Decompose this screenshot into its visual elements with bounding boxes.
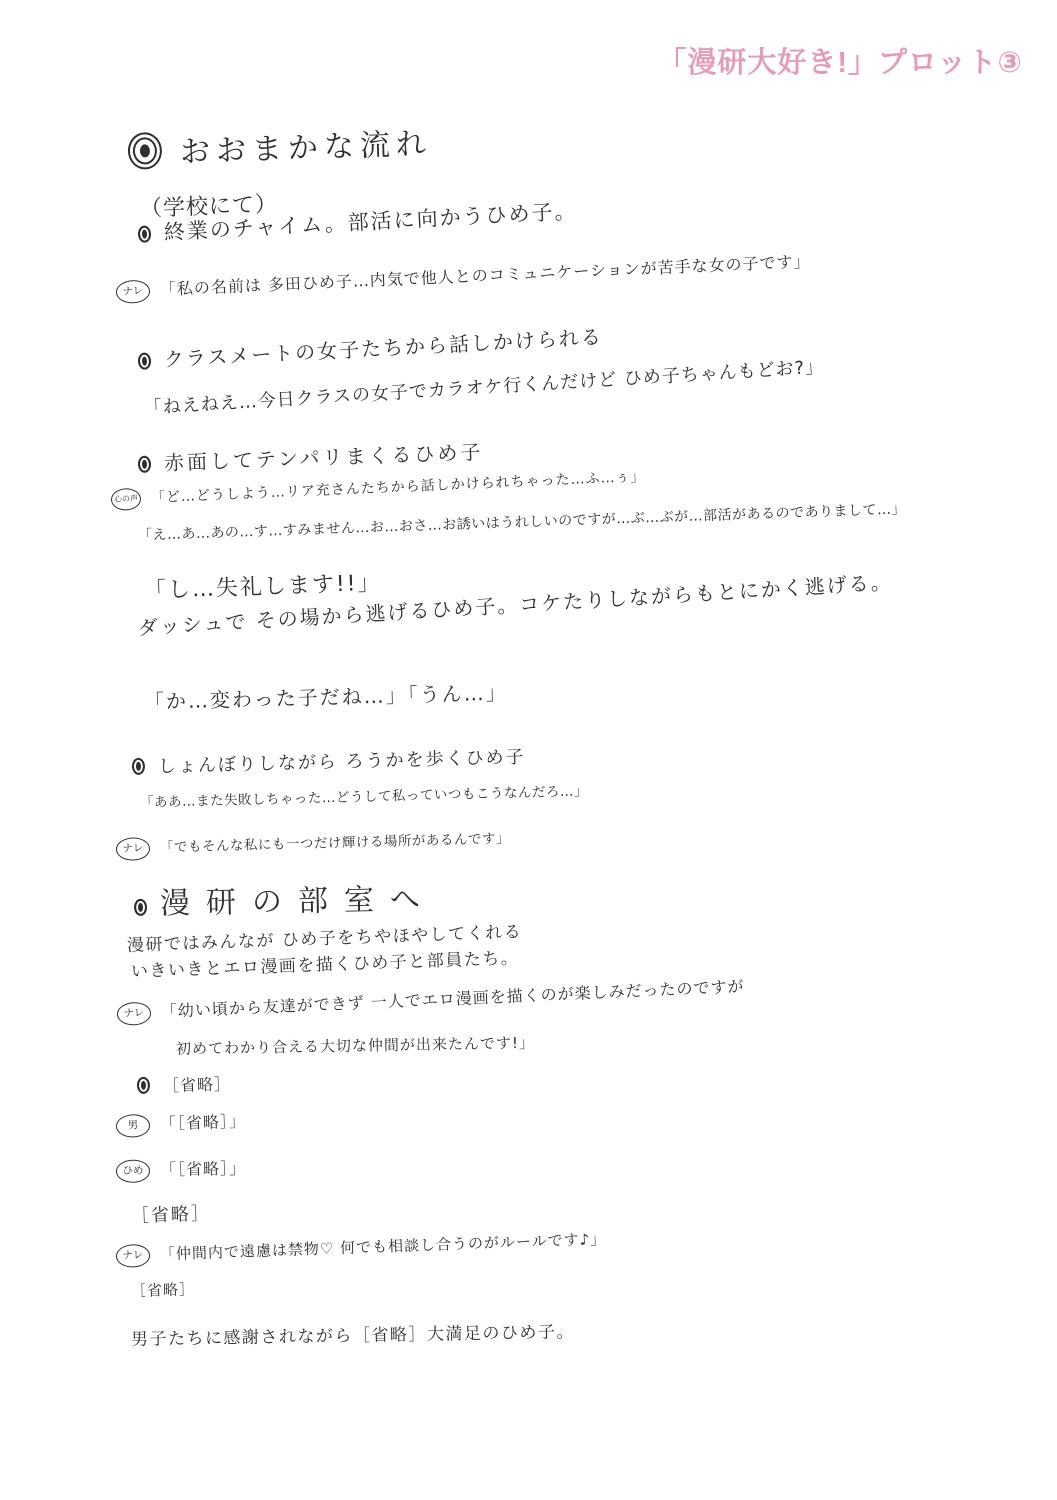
speaker-circle-label: ひめ bbox=[116, 1159, 150, 1182]
script-lines: おおまかな流れ（学校にて）終業のチャイム。部活に向かうひめ子。ナレ「私の名前は … bbox=[0, 0, 1057, 1500]
line-text: ［省略］ bbox=[131, 1280, 195, 1300]
script-line: 男「［省略］」 bbox=[116, 1110, 247, 1137]
line-text: ［省略］ bbox=[131, 1203, 212, 1228]
script-line: 「し…失礼します!!」 bbox=[144, 570, 382, 606]
line-text: ［省略］ bbox=[163, 1075, 232, 1097]
speaker-circle-label: ナレ bbox=[116, 280, 151, 304]
speaker-circle-label: 心の声 bbox=[111, 488, 142, 511]
line-text: 「［省略］」 bbox=[160, 1111, 247, 1134]
script-line: 男子たちに感謝されながら［省略］大満足のひめ子。 bbox=[131, 1322, 575, 1351]
speaker-circle-label: ナレ bbox=[116, 1244, 151, 1268]
script-line: ナレ「私の名前は 多田ひめ子…内気で他人とのコミュニケーションが苦手な女の子です… bbox=[116, 251, 811, 304]
line-text: 初めてわかり合える大切な仲間が出来たんです!」 bbox=[176, 1034, 535, 1059]
bullet-icon bbox=[138, 456, 152, 473]
bullet-icon bbox=[132, 758, 145, 775]
document-heading: おおまかな流れ bbox=[127, 122, 432, 173]
line-text: 「ど…どうしよう…リア充さんたちから話しかけられちゃった…ふ…ぅ」 bbox=[151, 469, 646, 508]
line-text: クラスメートの女子たちから話しかけられる bbox=[163, 325, 603, 373]
script-line: 「か…変わった子だね…」「うん…」 bbox=[144, 680, 508, 715]
script-line: ひめ「［省略］」 bbox=[116, 1158, 246, 1183]
script-line: ナレ「幼い頃から友達ができず 一人でエロ漫画を描くのが楽しみだったのですが bbox=[117, 976, 745, 1026]
spiral-circle-icon bbox=[127, 132, 162, 170]
manuscript-page: 「漫研大好き!」プロット③ おおまかな流れ（学校にて）終業のチャイム。部活に向か… bbox=[0, 0, 1057, 1500]
line-text: しょんぼりしながら ろうかを歩くひめ子 bbox=[158, 747, 526, 779]
line-text: 「私の名前は 多田ひめ子…内気で他人とのコミュニケーションが苦手な女の子です」 bbox=[160, 251, 811, 299]
script-line: 「ああ…また失敗しちゃった…どうして私っていつもこうなんだろ…」 bbox=[140, 783, 588, 812]
line-text: 漫研の部室へ bbox=[160, 881, 437, 923]
script-line: 赤面してテンパリまくるひめ子 bbox=[138, 440, 484, 477]
line-text: 「ああ…また失敗しちゃった…どうして私っていつもこうなんだろ…」 bbox=[140, 783, 588, 812]
line-text: 「仲間内で遠慮は禁物♡ 何でも相談し合うのがルールです♪」 bbox=[160, 1230, 607, 1264]
line-text: 「［省略］」 bbox=[160, 1158, 246, 1179]
speaker-circle-label: 男 bbox=[116, 1114, 151, 1138]
script-line: ［省略］ bbox=[131, 1280, 195, 1300]
speaker-circle-label: ナレ bbox=[117, 1002, 152, 1026]
script-line: 「え…あ…あの…す…すみません…お…おさ…お誘いはうれしいのですが…ぶ…ぶが…部… bbox=[138, 501, 907, 545]
script-line: ［省略］ bbox=[137, 1075, 232, 1097]
line-text: 赤面してテンパリまくるひめ子 bbox=[164, 440, 484, 476]
script-line: ナレ「でもそんな私にも一つだけ輝ける場所があるんです」 bbox=[116, 828, 510, 861]
line-text: 「え…あ…あの…す…すみません…お…おさ…お誘いはうれしいのですが…ぶ…ぶが…部… bbox=[138, 501, 907, 545]
bullet-icon bbox=[138, 225, 152, 243]
bullet-icon bbox=[138, 352, 152, 370]
script-line: 初めてわかり合える大切な仲間が出来たんです!」 bbox=[176, 1034, 535, 1059]
script-line: ナレ「仲間内で遠慮は禁物♡ 何でも相談し合うのがルールです♪」 bbox=[116, 1228, 607, 1268]
bullet-icon bbox=[137, 1077, 150, 1094]
line-text: 「でもそんな私にも一つだけ輝ける場所があるんです」 bbox=[160, 831, 510, 857]
script-line: クラスメートの女子たちから話しかけられる bbox=[137, 325, 603, 374]
line-text: 「幼い頃から友達ができず 一人でエロ漫画を描くのが楽しみだったのですが bbox=[161, 976, 745, 1021]
script-line: 漫研の部室へ bbox=[134, 881, 437, 924]
speaker-circle-label: ナレ bbox=[116, 837, 151, 860]
script-line: ［省略］ bbox=[131, 1203, 212, 1228]
line-text: 男子たちに感謝されながら［省略］大満足のひめ子。 bbox=[131, 1322, 575, 1351]
line-text: 「し…失礼します!!」 bbox=[144, 570, 382, 606]
line-text: 「か…変わった子だね…」「うん…」 bbox=[144, 680, 508, 715]
line-text: おおまかな流れ bbox=[179, 125, 432, 171]
bullet-icon bbox=[134, 899, 147, 916]
script-line: しょんぼりしながら ろうかを歩くひめ子 bbox=[132, 747, 526, 780]
